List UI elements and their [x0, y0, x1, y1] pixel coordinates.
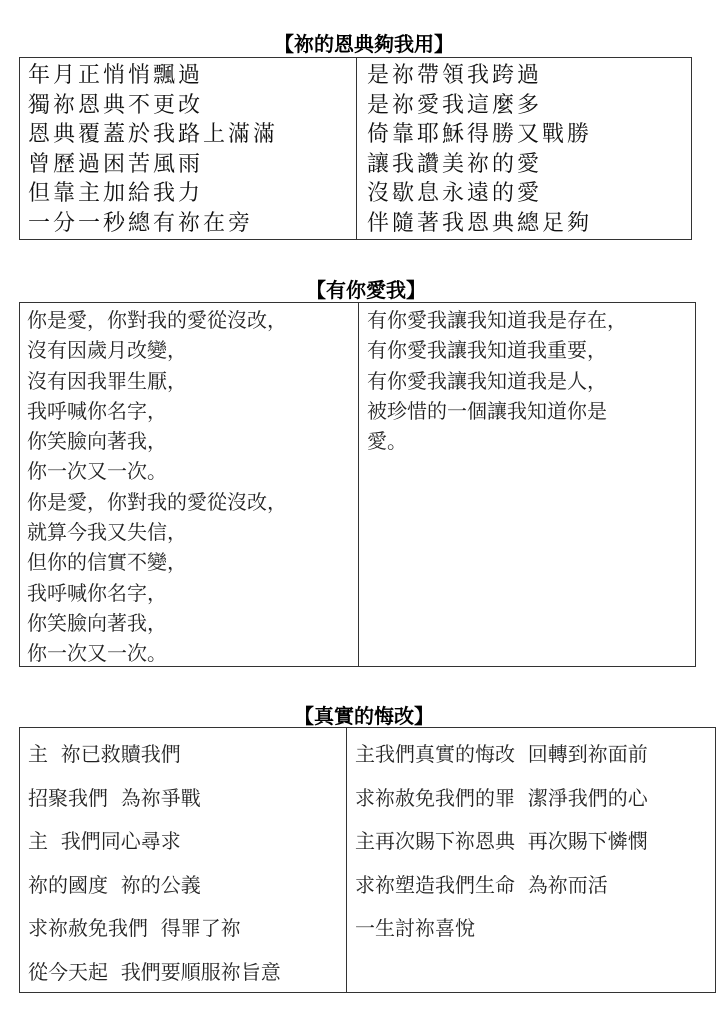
- lyric-line: 倚靠耶穌得勝又戰勝: [367, 120, 691, 150]
- lyrics-column-left: 主 祢已救贖我們 招聚我們 為祢爭戰 主 我們同心尋求 祢的國度 祢的公義 求祢…: [20, 728, 346, 992]
- lyrics-column-left: 年月正悄悄飄過 獨祢恩典不更改 恩典覆蓋於我路上滿滿 曾歷過困苦風雨 但靠主加給…: [20, 58, 356, 239]
- lyric-line: 沒有因我罪生厭，: [27, 366, 358, 396]
- lyric-line: 但靠主加給我力: [28, 179, 356, 209]
- lyric-line: 但你的信實不變，: [27, 547, 358, 577]
- lyric-line: 你一次又一次。: [27, 638, 358, 668]
- lyric-line: 主我們真實的悔改 回轉到祢面前: [355, 733, 715, 777]
- lyric-line: 讓我讚美祢的愛: [367, 150, 691, 180]
- lyric-line: 有你愛我讓我知道我重要，: [367, 335, 695, 365]
- lyric-line: 主 祢已救贖我們: [28, 733, 346, 777]
- lyrics-column-right: 主我們真實的悔改 回轉到祢面前 求祢赦免我們的罪 潔淨我們的心 主再次賜下祢恩典…: [346, 728, 715, 992]
- lyric-line: 求祢赦免我們的罪 潔淨我們的心: [355, 777, 715, 821]
- lyric-line: 伴隨著我恩典總足夠: [367, 209, 691, 239]
- lyric-line: 獨祢恩典不更改: [28, 91, 356, 121]
- lyric-line: 被珍惜的一個讓我知道你是: [367, 396, 695, 426]
- lyric-line: 主再次賜下祢恩典 再次賜下憐憫: [355, 820, 715, 864]
- lyrics-column-right: 是祢帶領我跨過 是祢愛我這麼多 倚靠耶穌得勝又戰勝 讓我讚美祢的愛 沒歇息永遠的…: [356, 58, 691, 239]
- lyric-line: 你笑臉向著我，: [27, 608, 358, 638]
- lyric-line: 是祢帶領我跨過: [367, 61, 691, 91]
- lyric-line: 有你愛我讓我知道我是人，: [367, 366, 695, 396]
- lyric-line: 求祢塑造我們生命 為祢而活: [355, 864, 715, 908]
- lyrics-table: 年月正悄悄飄過 獨祢恩典不更改 恩典覆蓋於我路上滿滿 曾歷過困苦風雨 但靠主加給…: [19, 57, 692, 240]
- lyric-line: 年月正悄悄飄過: [28, 61, 356, 91]
- lyric-line: 我呼喊你名字，: [27, 578, 358, 608]
- lyric-line: 你是愛，你對我的愛從沒改，: [27, 305, 358, 335]
- song-title: 【祢的恩典夠我用】: [0, 28, 724, 57]
- lyric-line: 你笑臉向著我，: [27, 426, 358, 456]
- lyric-line: 我呼喊你名字，: [27, 396, 358, 426]
- lyrics-column-right: 有你愛我讓我知道我是存在， 有你愛我讓我知道我重要， 有你愛我讓我知道我是人， …: [358, 303, 695, 666]
- lyric-line: 就算今我又失信，: [27, 517, 358, 547]
- lyric-line: 一生討祢喜悅: [355, 907, 715, 951]
- lyric-line: 是祢愛我這麼多: [367, 91, 691, 121]
- lyric-line: 一分一秒總有祢在旁: [28, 209, 356, 239]
- lyric-line: 從今天起 我們要順服祢旨意: [28, 951, 346, 995]
- lyric-line: 主 我們同心尋求: [28, 820, 346, 864]
- lyric-line: 祢的國度 祢的公義: [28, 864, 346, 908]
- lyrics-table: 你是愛，你對我的愛從沒改， 沒有因歲月改變， 沒有因我罪生厭， 我呼喊你名字， …: [19, 302, 696, 667]
- lyric-line: 求祢赦免我們 得罪了祢: [28, 907, 346, 951]
- lyrics-table: 主 祢已救贖我們 招聚我們 為祢爭戰 主 我們同心尋求 祢的國度 祢的公義 求祢…: [19, 727, 716, 993]
- lyric-line: 沒有因歲月改變，: [27, 335, 358, 365]
- lyric-line: 有你愛我讓我知道我是存在，: [367, 305, 695, 335]
- lyric-line: 恩典覆蓋於我路上滿滿: [28, 120, 356, 150]
- lyric-line: 愛。: [367, 426, 695, 456]
- lyric-line: 你是愛，你對我的愛從沒改，: [27, 487, 358, 517]
- lyric-line: 你一次又一次。: [27, 456, 358, 486]
- lyric-line: 招聚我們 為祢爭戰: [28, 777, 346, 821]
- lyrics-column-left: 你是愛，你對我的愛從沒改， 沒有因歲月改變， 沒有因我罪生厭， 我呼喊你名字， …: [20, 303, 358, 666]
- song-title: 【有你愛我】: [0, 274, 724, 303]
- song-title: 【真實的悔改】: [0, 700, 724, 729]
- lyric-line: 曾歷過困苦風雨: [28, 150, 356, 180]
- lyric-line: 沒歇息永遠的愛: [367, 179, 691, 209]
